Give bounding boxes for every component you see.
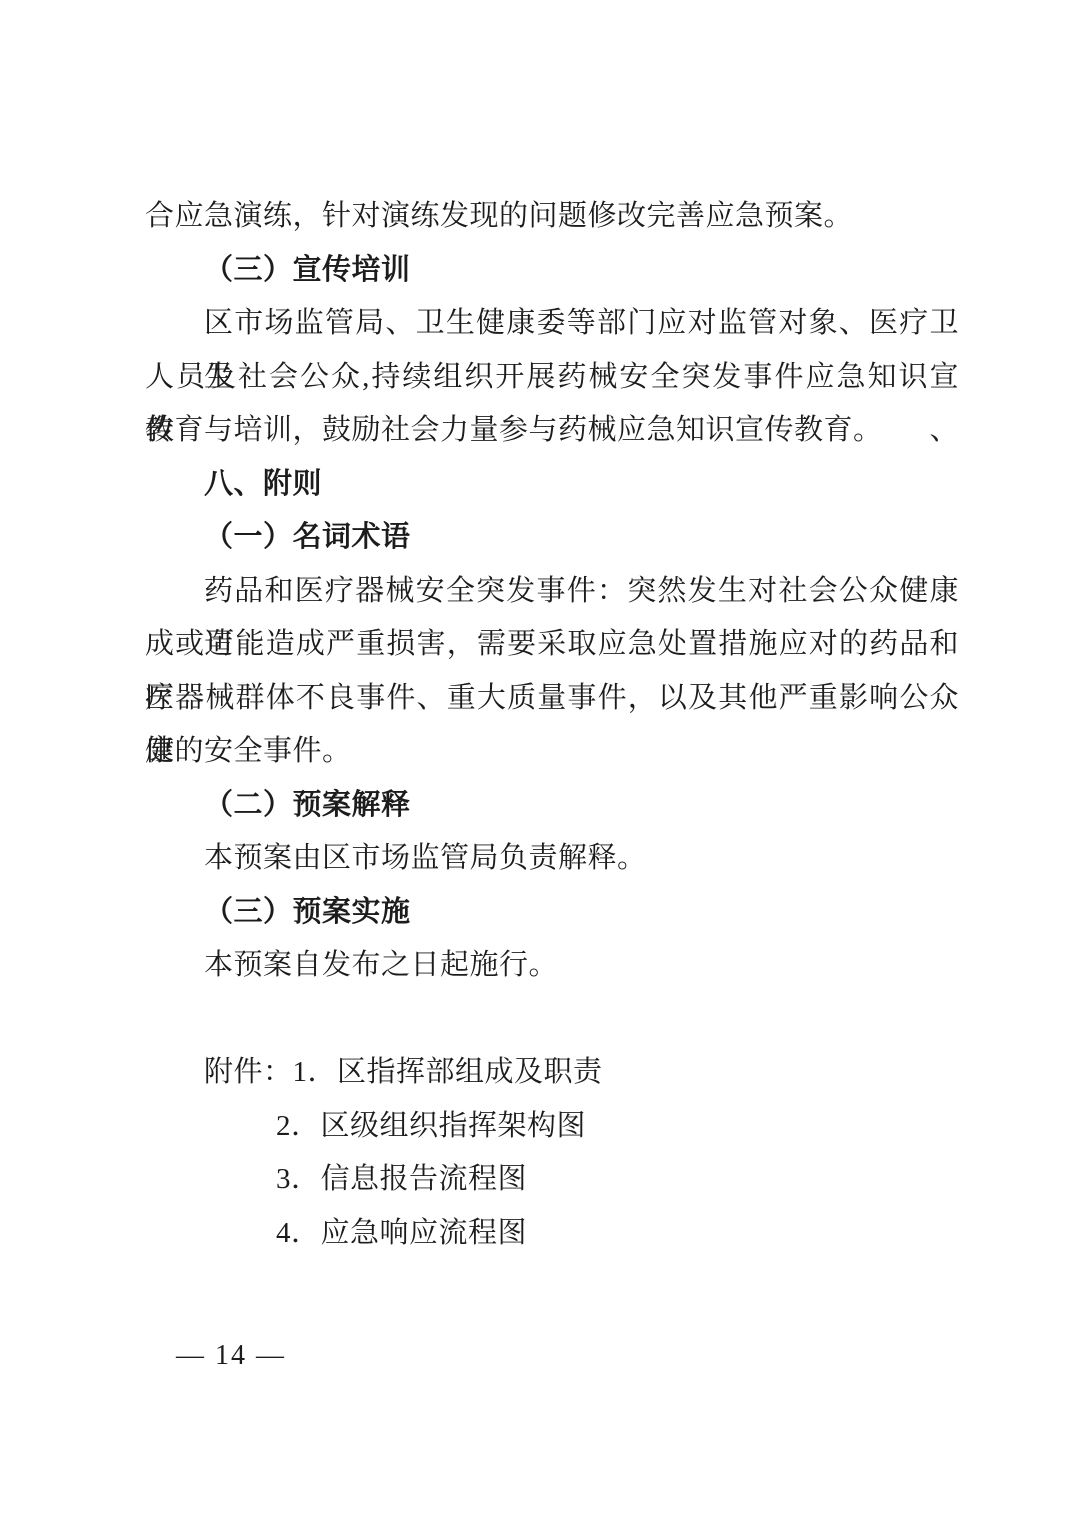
paragraph-line: 成或可能造成严重损害，需要采取应急处置措施应对的药品和医 — [145, 618, 959, 672]
document-page: 合应急演练，针对演练发现的问题修改完善应急预案。（三）宣传培训区市场监管局、卫生… — [0, 0, 1074, 1520]
attachment-list-line: 3．信息报告流程图 — [145, 1153, 959, 1207]
attachment-list-line: 2．区级组织指挥架构图 — [145, 1100, 959, 1154]
paragraph-line: 本预案由区市场监管局负责解释。 — [145, 832, 959, 886]
document-body: 合应急演练，针对演练发现的问题修改完善应急预案。（三）宣传培训区市场监管局、卫生… — [145, 190, 959, 1260]
paragraph-line: 康的安全事件。 — [145, 725, 959, 779]
paragraph-line: 区市场监管局、卫生健康委等部门应对监管对象、医疗卫生 — [145, 297, 959, 351]
paragraph-line: 教育与培训，鼓励社会力量参与药械应急知识宣传教育。 — [145, 404, 959, 458]
heading-xuanchuan-peixun: （三）宣传培训 — [145, 244, 959, 298]
paragraph-line: 人员及社会公众,持续组织开展药械安全突发事件应急知识宣传、 — [145, 351, 959, 405]
paragraph-continuation-line: 合应急演练，针对演练发现的问题修改完善应急预案。 — [145, 190, 959, 244]
attachment-list-line: 附件：1．区指挥部组成及职责 — [145, 1046, 959, 1100]
heading-fuze: 八、附则 — [145, 458, 959, 512]
paragraph-line: 疗器械群体不良事件、重大质量事件，以及其他严重影响公众健 — [145, 672, 959, 726]
attachment-list-line: 4．应急响应流程图 — [145, 1207, 959, 1261]
blank-line — [145, 993, 959, 1047]
heading-yuan-shishi: （三）预案实施 — [145, 886, 959, 940]
heading-mingci-shuyu: （一）名词术语 — [145, 511, 959, 565]
paragraph-line: 药品和医疗器械安全突发事件：突然发生对社会公众健康造 — [145, 565, 959, 619]
page-number-footer: — 14 — — [176, 1340, 286, 1372]
heading-yuan-jieshi: （二）预案解释 — [145, 779, 959, 833]
paragraph-line: 本预案自发布之日起施行。 — [145, 939, 959, 993]
